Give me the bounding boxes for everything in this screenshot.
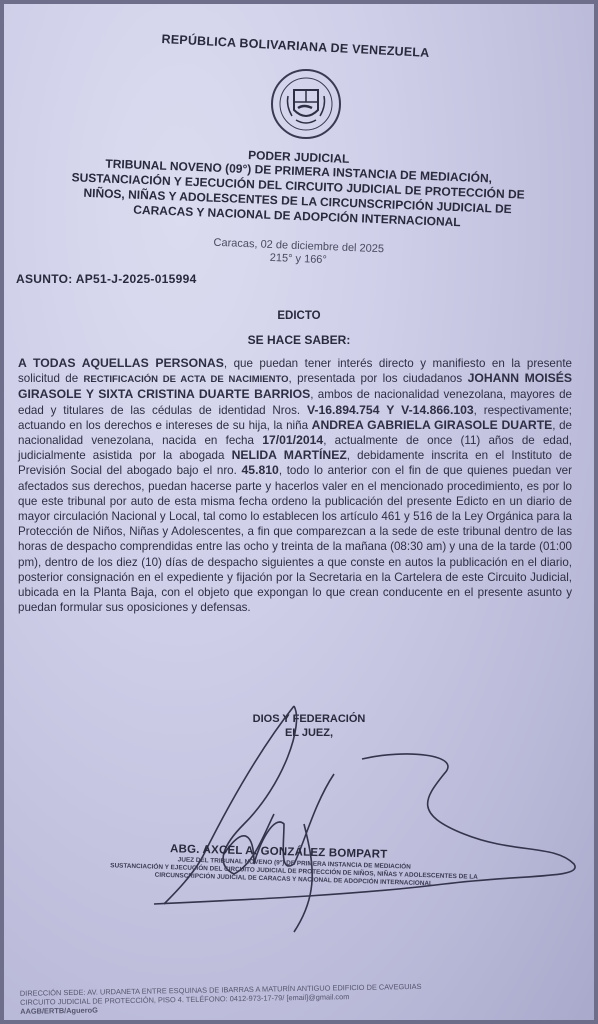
notice-heading: SE HACE SABER: [4,333,594,347]
place-date: Caracas, 02 de diciembre del 2025 215° y… [23,229,574,276]
birth-date: 17/01/2014 [262,433,323,447]
lawyer-registration: 45.810 [242,463,279,477]
lawyer-name: NELIDA MARTÍNEZ [232,448,347,462]
document-title: EDICTO [4,310,594,322]
body-text: , todo lo anterior con el fin de que qui… [18,464,572,614]
addressee: A TODAS AQUELLAS PERSONAS [18,356,224,370]
edict-document-page: REPÚBLICA BOLIVARIANA DE VENEZUELA PODER… [4,4,594,1020]
id-numbers: V-16.894.754 Y V-14.866.103 [307,403,474,417]
case-number: ASUNTO: AP51-J-2025-015994 [16,272,197,286]
footer-address: DIRECCIÓN SEDE: AV. URDANETA ENTRE ESQUI… [20,979,580,1016]
edict-body: A TODAS AQUELLAS PERSONAS, que puedan te… [18,356,572,615]
body-text: , presentada por los ciudadanos [289,372,468,385]
coat-of-arms-seal-icon [268,66,344,142]
country-heading: REPÚBLICA BOLIVARIANA DE VENEZUELA [161,32,430,60]
request-type: RECTIFICACIÓN DE ACTA DE NACIMIENTO [84,374,289,385]
child-name: ANDREA GABRIELA GIRASOLE DUARTE [312,418,553,432]
handwritten-signature-icon [144,704,584,934]
